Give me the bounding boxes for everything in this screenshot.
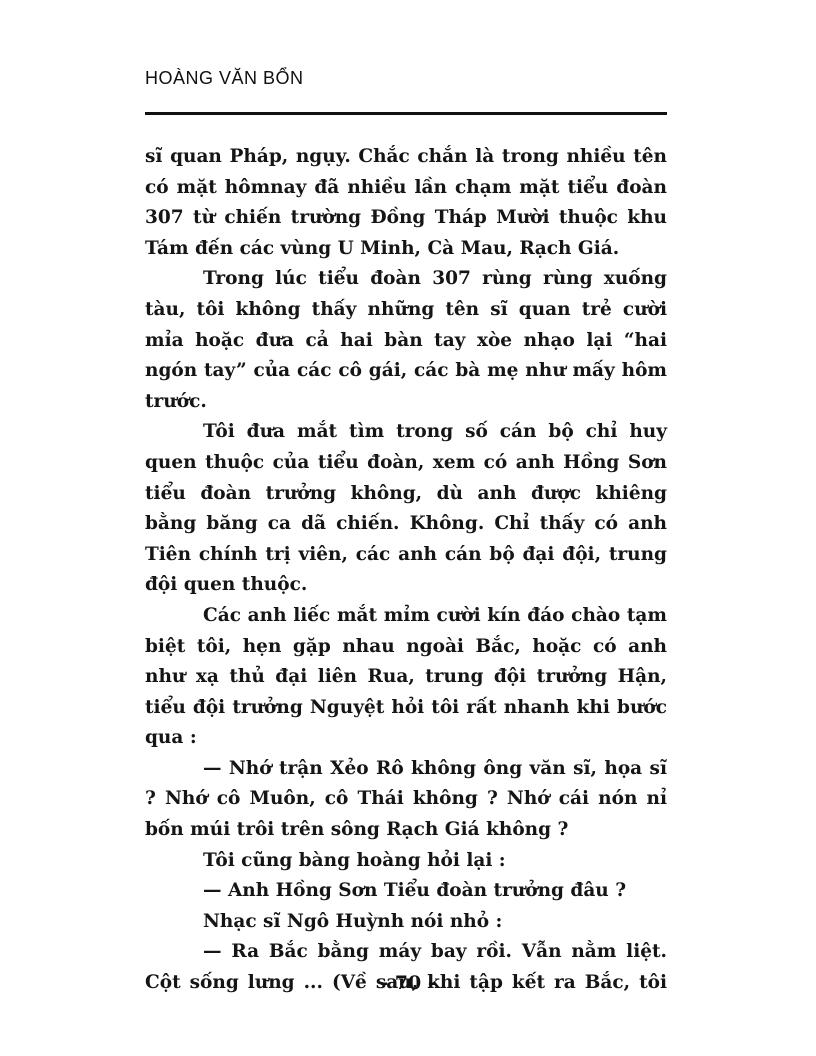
paragraph: Tôi cũng bàng hoàng hỏi lại : [145, 846, 667, 877]
paragraph: Tôi đưa mắt tìm trong số cán bộ chỉ huy … [145, 417, 667, 601]
running-head-author: HOÀNG VĂN BỔN [145, 68, 304, 89]
paragraph: Các anh liếc mắt mỉm cười kín đáo chào t… [145, 601, 667, 754]
paragraph: sĩ quan Pháp, ngụy. Chắc chắn là trong n… [145, 142, 667, 264]
paragraph: Trong lúc tiểu đoàn 307 rùng rùng xuống … [145, 264, 667, 417]
book-page: HOÀNG VĂN BỔN sĩ quan Pháp, ngụy. Chắc c… [0, 0, 816, 1056]
page-number: - 70 - [0, 972, 816, 994]
dialogue-paragraph: — Anh Hồng Sơn Tiểu đoàn trưởng đâu ? [145, 876, 667, 907]
body-text: sĩ quan Pháp, ngụy. Chắc chắn là trong n… [145, 142, 667, 999]
dialogue-paragraph: — Nhớ trận Xẻo Rô không ông văn sĩ, họa … [145, 754, 667, 846]
paragraph: Nhạc sĩ Ngô Huỳnh nói nhỏ : [145, 907, 667, 938]
header-rule [145, 112, 667, 115]
